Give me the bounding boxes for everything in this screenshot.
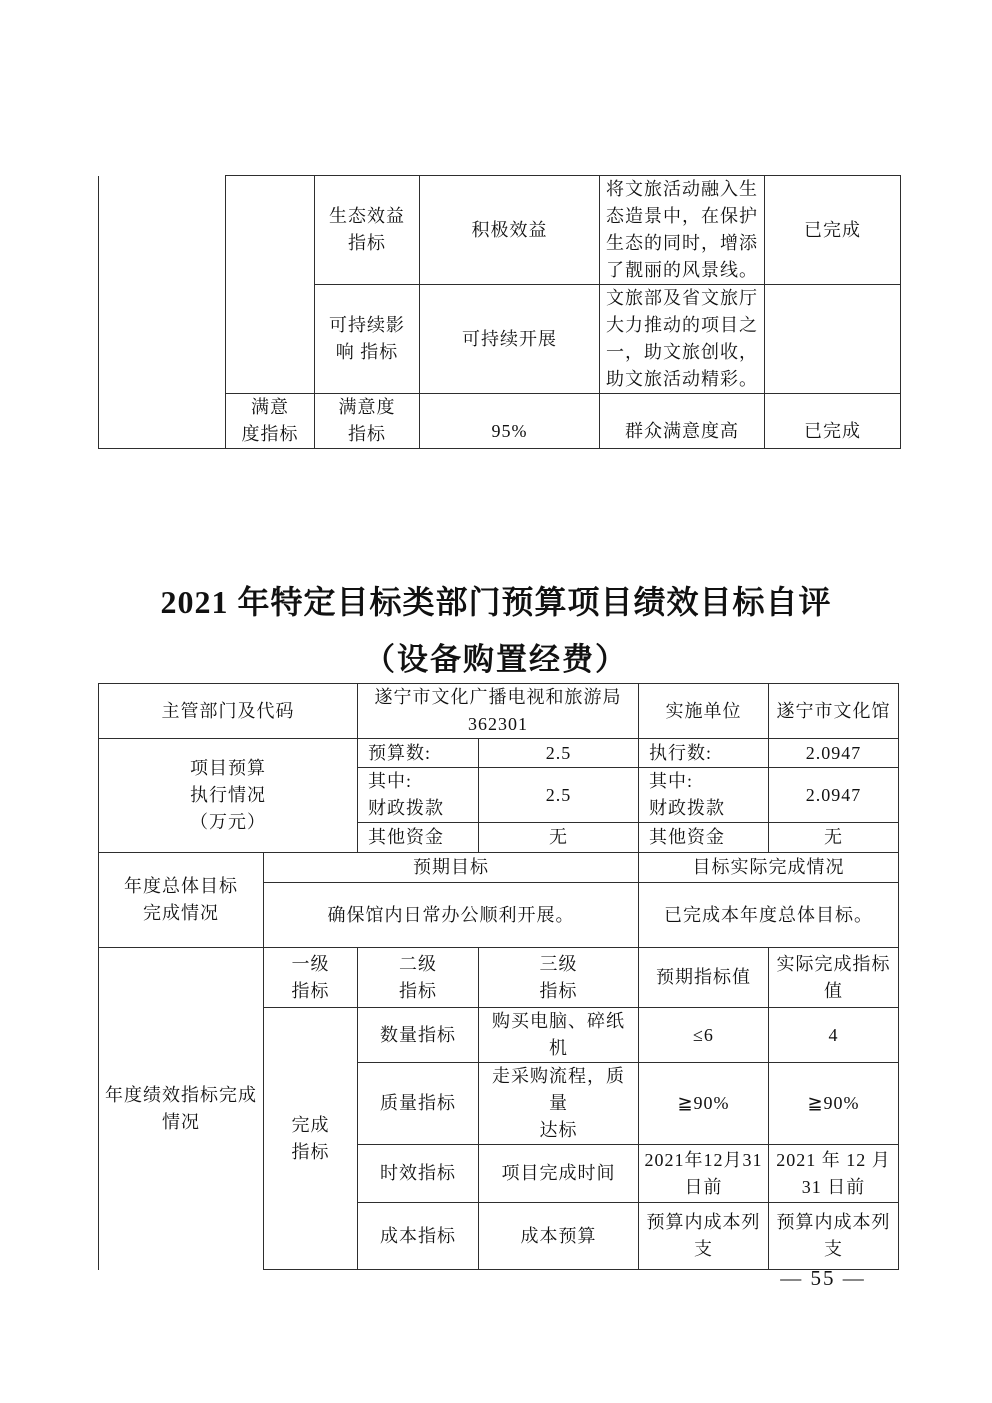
cell-description: 群众满意度高 bbox=[600, 394, 765, 449]
section-subtitle: （设备购置经费） bbox=[0, 638, 992, 682]
cell-expected-value: ≤6 bbox=[639, 1008, 769, 1063]
cell-level1-value: 完成 指标 bbox=[264, 1008, 358, 1270]
cell-header-level2: 二级 指标 bbox=[358, 948, 479, 1008]
cell-perf-label: 年度绩效指标完成 情况 bbox=[99, 948, 264, 1270]
cell-budget-row-label: 执行数: bbox=[639, 739, 769, 768]
cell-budget-row-value: 2.5 bbox=[479, 739, 639, 768]
cell-level2: 时效指标 bbox=[358, 1145, 479, 1203]
cell-budget-row-label: 其中: 财政拨款 bbox=[639, 768, 769, 823]
cell-level2-blank bbox=[226, 176, 315, 394]
cell-actual-goal: 已完成本年度总体目标。 bbox=[639, 883, 899, 948]
cell-budget-row-value: 2.0947 bbox=[769, 739, 899, 768]
cell-indicator-value: 积极效益 bbox=[420, 176, 600, 285]
cell-header-level1: 一级 指标 bbox=[264, 948, 358, 1008]
cell-budget-row-label: 其中: 财政拨款 bbox=[358, 768, 479, 823]
cell-dept-value: 遂宁市文化广播电视和旅游局 362301 bbox=[358, 684, 639, 739]
table-row: 主管部门及代码 遂宁市文化广播电视和旅游局 362301 实施单位 遂宁市文化馆 bbox=[99, 684, 899, 739]
cell-description: 将文旅活动融入生 态造景中，在保护 生态的同时，增添 了靓丽的风景线。 bbox=[600, 176, 765, 285]
cell-carryover-category bbox=[99, 176, 226, 449]
cell-level3: 项目完成时间 bbox=[479, 1145, 639, 1203]
cell-budget-row-value: 2.5 bbox=[479, 768, 639, 823]
cell-level3: 生态效益 指标 bbox=[315, 176, 420, 285]
cell-budget-row-value: 无 bbox=[479, 823, 639, 853]
cell-level2: 数量指标 bbox=[358, 1008, 479, 1063]
table-row: 生态效益 指标 积极效益 将文旅活动融入生 态造景中，在保护 生态的同时，增添 … bbox=[99, 176, 901, 285]
cell-annual-goal-label: 年度总体目标 完成情况 bbox=[99, 853, 264, 948]
cell-budget-row-value: 无 bbox=[769, 823, 899, 853]
cell-expected-value: 预算内成本列 支 bbox=[639, 1203, 769, 1270]
cell-description: 文旅部及省文旅厅 大力推动的项目之 一，助文旅创收， 助文旅活动精彩。 bbox=[600, 285, 765, 394]
cell-budget-row-label: 其他资金 bbox=[358, 823, 479, 853]
cell-level2: 质量指标 bbox=[358, 1063, 479, 1145]
continuation-table: 生态效益 指标 积极效益 将文旅活动融入生 态造景中，在保护 生态的同时，增添 … bbox=[98, 175, 901, 449]
cell-dept-label: 主管部门及代码 bbox=[99, 684, 358, 739]
cell-level3: 购买电脑、碎纸机 bbox=[479, 1008, 639, 1063]
cell-impl-value: 遂宁市文化馆 bbox=[769, 684, 899, 739]
cell-actual-value: ≧90% bbox=[769, 1063, 899, 1145]
cell-budget-row-label: 其他资金 bbox=[639, 823, 769, 853]
cell-level3: 成本预算 bbox=[479, 1203, 639, 1270]
cell-expected-value: 2021年12月31 日前 bbox=[639, 1145, 769, 1203]
cell-level3: 可持续影 响 指标 bbox=[315, 285, 420, 394]
cell-header-actual: 实际完成指标 值 bbox=[769, 948, 899, 1008]
cell-status: 已完成 bbox=[765, 176, 901, 285]
cell-actual-value: 预算内成本列 支 bbox=[769, 1203, 899, 1270]
cell-level2: 成本指标 bbox=[358, 1203, 479, 1270]
cell-budget-row-label: 预算数: bbox=[358, 739, 479, 768]
cell-expected-goal-header: 预期目标 bbox=[264, 853, 639, 883]
page-number: — 55 — bbox=[738, 1266, 908, 1291]
cell-actual-value: 4 bbox=[769, 1008, 899, 1063]
table-row: 项目预算 执行情况 （万元） 预算数: 2.5 执行数: 2.0947 bbox=[99, 739, 899, 768]
cell-level3: 满意度 指标 bbox=[315, 394, 420, 449]
table-row: 年度绩效指标完成 情况 一级 指标 二级 指标 三级 指标 预期指标值 实际完成… bbox=[99, 948, 899, 1008]
cell-level2: 满意 度指标 bbox=[226, 394, 315, 449]
cell-expected-goal: 确保馆内日常办公顺利开展。 bbox=[264, 883, 639, 948]
cell-indicator-value: 95% bbox=[420, 394, 600, 449]
cell-impl-label: 实施单位 bbox=[639, 684, 769, 739]
cell-status: 已完成 bbox=[765, 394, 901, 449]
cell-expected-value: ≧90% bbox=[639, 1063, 769, 1145]
cell-status bbox=[765, 285, 901, 394]
cell-level3: 走采购流程，质量 达标 bbox=[479, 1063, 639, 1145]
section-title: 2021 年特定目标类部门预算项目绩效目标自评 bbox=[0, 580, 992, 624]
table-row: 年度总体目标 完成情况 预期目标 目标实际完成情况 bbox=[99, 853, 899, 883]
self-evaluation-table: 主管部门及代码 遂宁市文化广播电视和旅游局 362301 实施单位 遂宁市文化馆… bbox=[98, 683, 899, 1270]
cell-header-expected: 预期指标值 bbox=[639, 948, 769, 1008]
cell-budget-label: 项目预算 执行情况 （万元） bbox=[99, 739, 358, 853]
cell-budget-row-value: 2.0947 bbox=[769, 768, 899, 823]
cell-actual-goal-header: 目标实际完成情况 bbox=[639, 853, 899, 883]
cell-header-level3: 三级 指标 bbox=[479, 948, 639, 1008]
cell-actual-value: 2021 年 12 月 31 日前 bbox=[769, 1145, 899, 1203]
document-page: 生态效益 指标 积极效益 将文旅活动融入生 态造景中，在保护 生态的同时，增添 … bbox=[0, 0, 992, 1403]
cell-indicator-value: 可持续开展 bbox=[420, 285, 600, 394]
